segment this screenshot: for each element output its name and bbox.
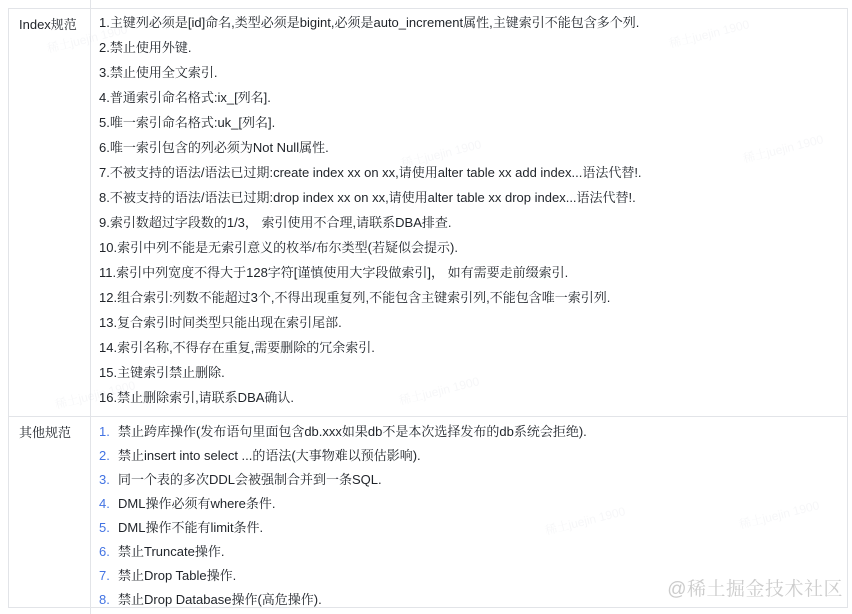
item-number: 3. xyxy=(99,473,118,487)
item-number: 2. xyxy=(99,449,118,463)
rule-item: 10.索引中列不能是无索引意义的枚举/布尔类型(若疑似会提示). xyxy=(99,241,837,255)
item-text: 禁止Drop Table操作. xyxy=(118,569,236,583)
rule-item: 14.索引名称,不得存在重复,需要删除的冗余索引. xyxy=(99,341,837,355)
item-text: 禁止Truncate操作. xyxy=(118,545,224,559)
rule-item: 6.唯一索引包含的列必须为Not Null属性. xyxy=(99,141,837,155)
rule-item: 11.索引中列宽度不得大于128字符[谨慎使用大字段做索引]， 如有需要走前缀索… xyxy=(99,266,837,280)
rule-item: 6.禁止Truncate操作. xyxy=(99,545,837,559)
brand-watermark: @稀土掘金技术社区 xyxy=(667,574,843,601)
item-number: 1. xyxy=(99,425,118,439)
rule-item: 13.复合索引时间类型只能出现在索引尾部. xyxy=(99,316,837,330)
rule-item: 2.禁止使用外键. xyxy=(99,41,837,55)
rule-item: 8.不被支持的语法/语法已过期:drop index xx on xx,请使用a… xyxy=(99,191,837,205)
item-text: 禁止跨库操作(发布语句里面包含db.xxx如果db不是本次选择发布的db系统会拒… xyxy=(118,425,587,439)
rule-item: 12.组合索引:列数不能超过3个,不得出现重复列,不能包含主键索引列,不能包含唯… xyxy=(99,291,837,305)
row-label-cell: 其他规范 xyxy=(9,417,91,614)
rule-item: 5.DML操作不能有limit条件. xyxy=(99,521,837,535)
item-text: DML操作必须有where条件. xyxy=(118,497,275,511)
row-label-cell: Index规范 xyxy=(9,9,91,416)
item-number: 4. xyxy=(99,497,118,511)
rule-item: 16.禁止删除索引,请联系DBA确认. xyxy=(99,391,837,405)
table-row: Index规范1.主键列必须是[id]命名,类型必须是bigint,必须是aut… xyxy=(9,9,847,416)
rules-table: Index规范1.主键列必须是[id]命名,类型必须是bigint,必须是aut… xyxy=(8,8,848,608)
item-number: 5. xyxy=(99,521,118,535)
rule-item: 4.DML操作必须有where条件. xyxy=(99,497,837,511)
item-text: 同一个表的多次DDL会被强制合并到一条SQL. xyxy=(118,473,382,487)
item-text: 禁止insert into select ...的语法(大事物难以预估影响). xyxy=(118,449,421,463)
item-number: 6. xyxy=(99,545,118,559)
rule-item: 2.禁止insert into select ...的语法(大事物难以预估影响)… xyxy=(99,449,837,463)
rule-item: 15.主键索引禁止删除. xyxy=(99,366,837,380)
rule-item: 1.禁止跨库操作(发布语句里面包含db.xxx如果db不是本次选择发布的db系统… xyxy=(99,425,837,439)
cropped-row-divider xyxy=(90,0,91,8)
rule-item: 9.索引数超过字段数的1/3， 索引使用不合理,请联系DBA排查. xyxy=(99,216,837,230)
rule-item: 3.禁止使用全文索引. xyxy=(99,66,837,80)
item-number: 7. xyxy=(99,569,118,583)
rule-item: 7.不被支持的语法/语法已过期:create index xx on xx,请使… xyxy=(99,166,837,180)
item-number: 8. xyxy=(99,593,118,607)
item-text: DML操作不能有limit条件. xyxy=(118,521,263,535)
rule-item: 5.唯一索引命名格式:uk_[列名]. xyxy=(99,116,837,130)
rule-item: 3.同一个表的多次DDL会被强制合并到一条SQL. xyxy=(99,473,837,487)
rule-item: 4.普通索引命名格式:ix_[列名]. xyxy=(99,91,837,105)
rule-item: 1.主键列必须是[id]命名,类型必须是bigint,必须是auto_incre… xyxy=(99,16,837,30)
item-text: 禁止Drop Database操作(高危操作). xyxy=(118,593,322,607)
row-content-cell: 1.主键列必须是[id]命名,类型必须是bigint,必须是auto_incre… xyxy=(91,9,847,416)
